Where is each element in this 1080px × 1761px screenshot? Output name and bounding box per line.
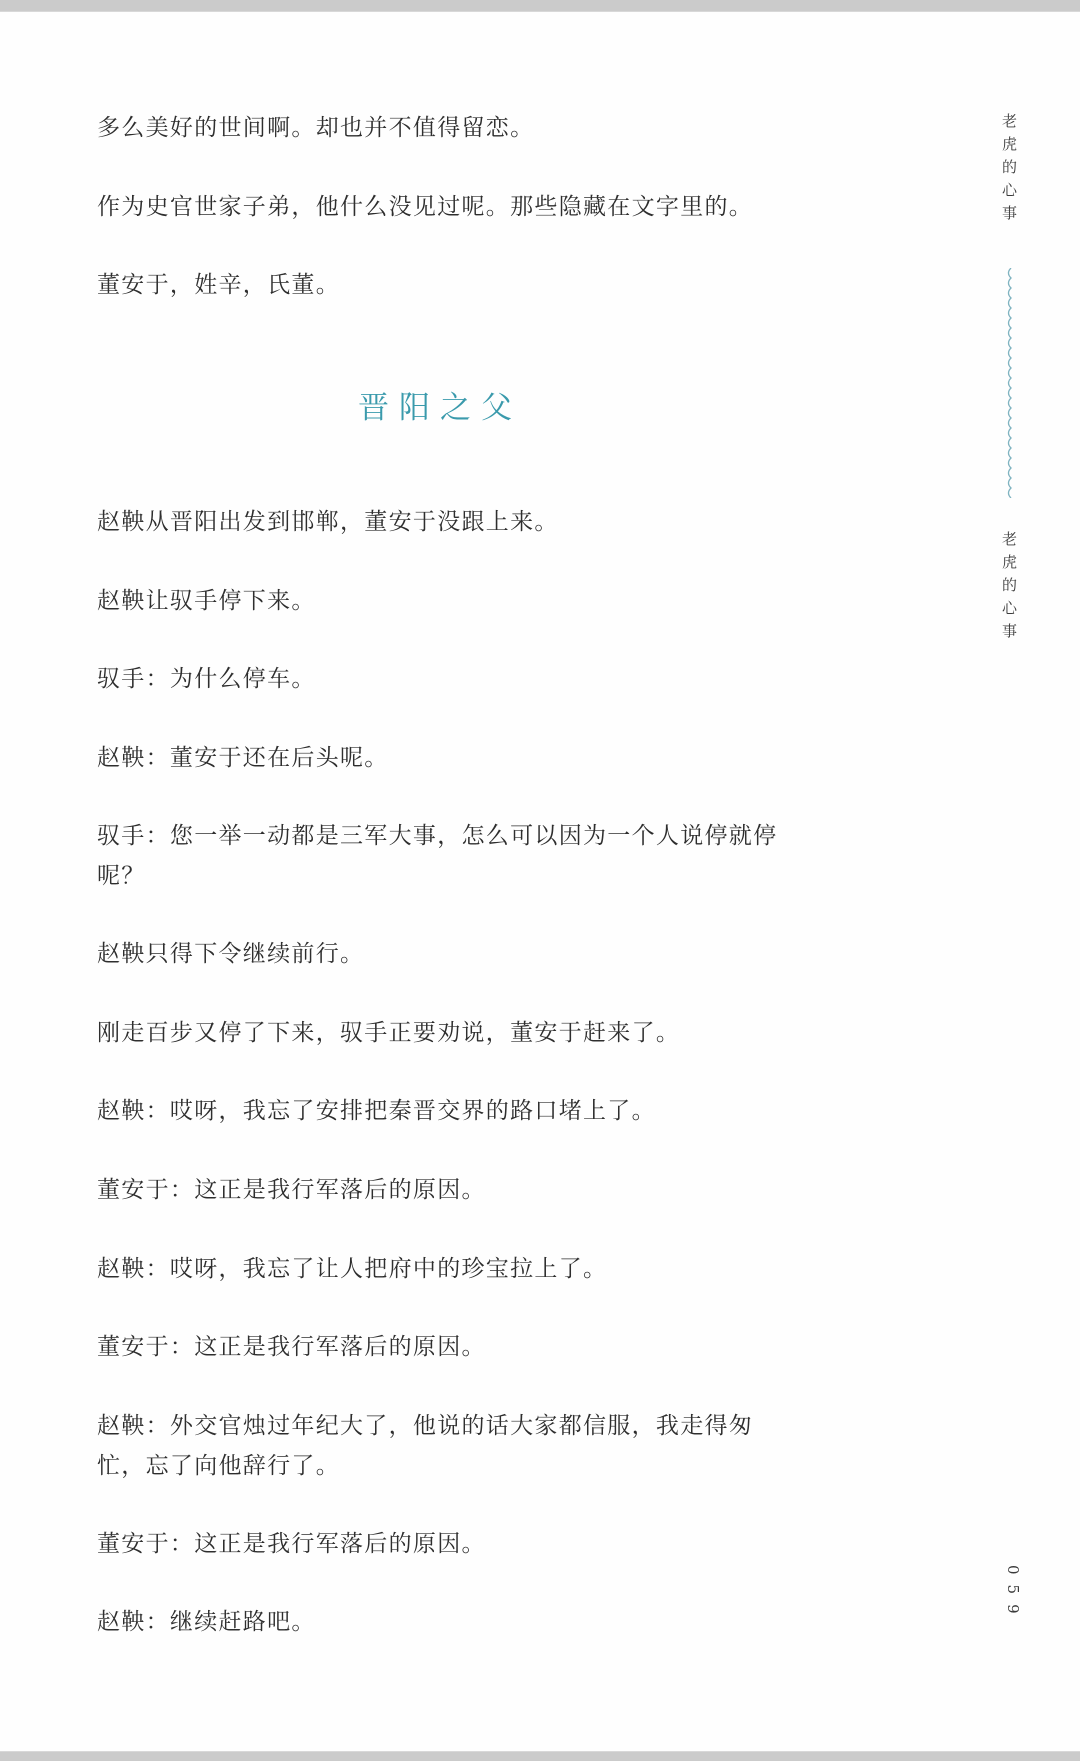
paragraph: 刚走百步又停了下来，驭手正要劝说，董安于赶来了。	[97, 1013, 797, 1053]
paragraph: 赵鞅：哎呀，我忘了让人把府中的珍宝拉上了。	[97, 1249, 797, 1289]
running-header-title: 老虎的心事	[1000, 113, 1020, 228]
running-header-title: 老虎的心事	[1000, 531, 1020, 646]
wavy-divider-icon	[1002, 268, 1018, 498]
paragraph: 驭手：您一举一动都是三军大事，怎么可以因为一个人说停就停呢？	[97, 816, 797, 896]
paragraph: 董安于：这正是我行军落后的原因。	[97, 1327, 797, 1367]
paragraph: 董安于：这正是我行军落后的原因。	[97, 1524, 797, 1564]
paragraph: 赵鞅：哎呀，我忘了安排把秦晋交界的路口堵上了。	[97, 1091, 797, 1131]
paragraph: 赵鞅：外交官烛过年纪大了，他说的话大家都信服，我走得匆忙，忘了向他辞行了。	[97, 1406, 797, 1486]
paragraph: 董安于：这正是我行军落后的原因。	[97, 1170, 797, 1210]
top-window-bar	[0, 0, 1080, 12]
paragraph: 多么美好的世间啊。却也并不值得留恋。	[97, 108, 797, 148]
paragraph: 赵鞅从晋阳出发到邯郸，董安于没跟上来。	[97, 502, 797, 542]
paragraph: 赵鞅：董安于还在后头呢。	[97, 738, 797, 778]
paragraph: 作为史官世家子弟，他什么没见过呢。那些隐藏在文字里的。	[97, 187, 797, 227]
paragraph: 赵鞅让驭手停下来。	[97, 581, 797, 621]
paragraph: 赵鞅：继续赶路吧。	[97, 1602, 797, 1642]
paragraph: 董安于，姓辛，氏董。	[97, 265, 797, 305]
paragraph: 赵鞅只得下令继续前行。	[97, 934, 797, 974]
page-number: 059	[998, 1565, 1022, 1624]
bottom-window-bar	[0, 1751, 1080, 1761]
paragraph: 驭手：为什么停车。	[97, 659, 797, 699]
section-heading: 晋阳之父	[0, 388, 880, 428]
